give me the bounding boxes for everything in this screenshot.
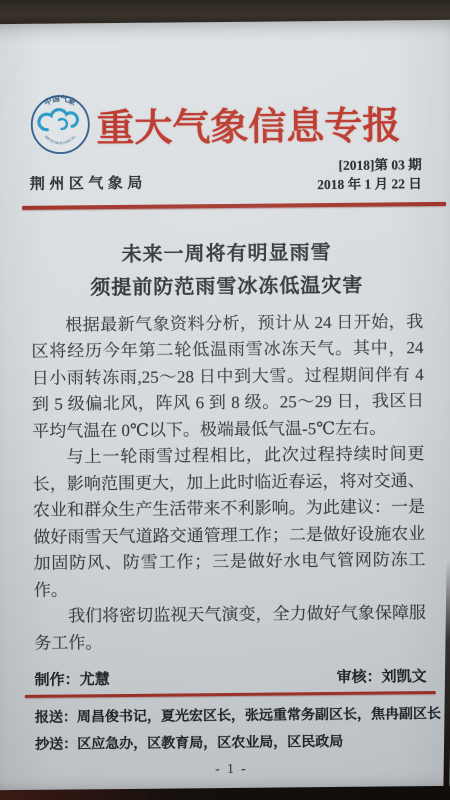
footer-divider xyxy=(25,691,436,698)
maker-label: 制作： xyxy=(35,672,80,688)
distribution-list: 周昌俊书记，夏光宏区长，张远重常务副区长，焦冉副区长 xyxy=(77,707,441,725)
doc-title-line1: 未来一周将有明显雨雪 xyxy=(30,236,422,273)
photo-background: 中国气象 METEOROLOGICAL 重大气象信息专报 荆州区气象局 [201… xyxy=(0,0,450,800)
doc-title-line2: 须提前防范雨雪冰冻低温灾害 xyxy=(31,269,423,306)
cc-label: 抄送： xyxy=(35,737,77,752)
distribution-label: 报送： xyxy=(35,710,77,725)
page-number: - 1 - xyxy=(35,759,427,779)
cc-row: 抄送：区应急办，区教育局，区农业局，区民政局 xyxy=(35,730,427,754)
issue-block: [2018]第 03 期 2018 年 1 月 22 日 xyxy=(317,156,422,194)
masthead-title: 重大气象信息专报 xyxy=(96,94,401,152)
cc-list: 区应急办，区教育局，区农业局，区民政局 xyxy=(77,735,343,753)
maker-name: 尤慧 xyxy=(80,672,110,688)
maker-credit: 制作：尤慧 xyxy=(35,668,110,690)
header-meta: 荆州区气象局 [2018]第 03 期 2018 年 1 月 22 日 xyxy=(30,156,422,197)
reviewer-credit: 审核：刘凯文 xyxy=(336,665,426,687)
reviewer-name: 刘凯文 xyxy=(382,669,427,685)
credits-row: 制作：尤慧 审核：刘凯文 xyxy=(35,665,427,690)
body-paragraph: 与上一轮雨雪过程相比，此次过程持续时间更长，影响范围更大，加上此时临近春运，将对… xyxy=(32,441,426,604)
header-divider xyxy=(22,202,446,210)
agency-name: 荆州区气象局 xyxy=(30,172,147,197)
masthead: 中国气象 METEOROLOGICAL 重大气象信息专报 xyxy=(29,90,422,156)
doc-title: 未来一周将有明显雨雪 须提前防范雨雪冰冻低温灾害 xyxy=(30,236,423,306)
reviewer-label: 审核： xyxy=(337,670,382,686)
body-paragraph: 我们将密切监视天气演变，全力做好气象保障服务工作。 xyxy=(34,600,426,657)
issue-number: [2018]第 03 期 xyxy=(317,156,422,176)
issue-date: 2018 年 1 月 22 日 xyxy=(317,175,422,195)
body-paragraph: 根据最新气象资料分析，预计从 24 日开始，我区将经历今年第二轮低温雨雪冰冻天气… xyxy=(31,309,424,445)
cma-logo-icon: 中国气象 METEOROLOGICAL xyxy=(29,93,92,156)
document-paper: 中国气象 METEOROLOGICAL 重大气象信息专报 荆州区气象局 [201… xyxy=(0,20,450,790)
distribution-row: 报送：周昌俊书记，夏光宏区长，张远重常务副区长，焦冉副区长 xyxy=(35,703,427,727)
